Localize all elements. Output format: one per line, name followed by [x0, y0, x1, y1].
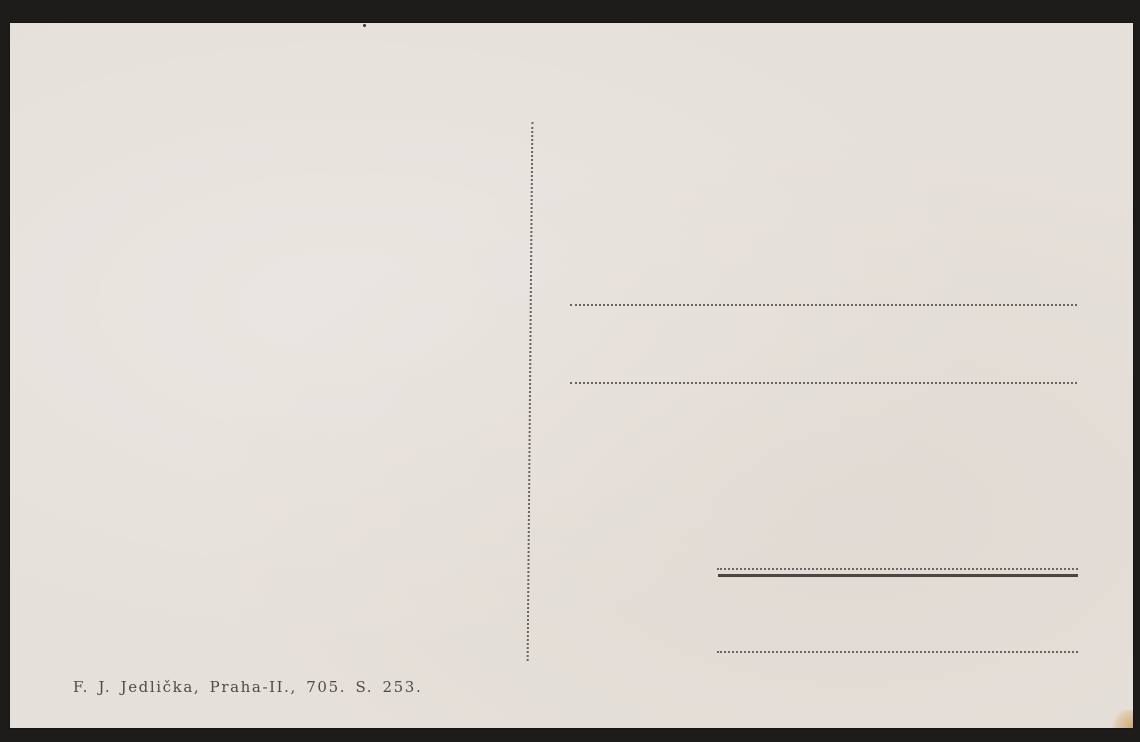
address-line-2 — [570, 382, 1077, 384]
address-line-3 — [717, 568, 1078, 570]
address-line-4 — [717, 651, 1078, 653]
ink-speck — [363, 24, 366, 27]
vertical-divider-dotted — [527, 122, 534, 661]
address-line-1 — [570, 304, 1077, 306]
address-underline-rule — [718, 574, 1078, 577]
postcard-back: F. J. Jedlička, Praha-II., 705. S. 253. — [10, 23, 1133, 728]
corner-stain — [1111, 710, 1133, 728]
publisher-imprint: F. J. Jedlička, Praha-II., 705. S. 253. — [73, 678, 422, 696]
